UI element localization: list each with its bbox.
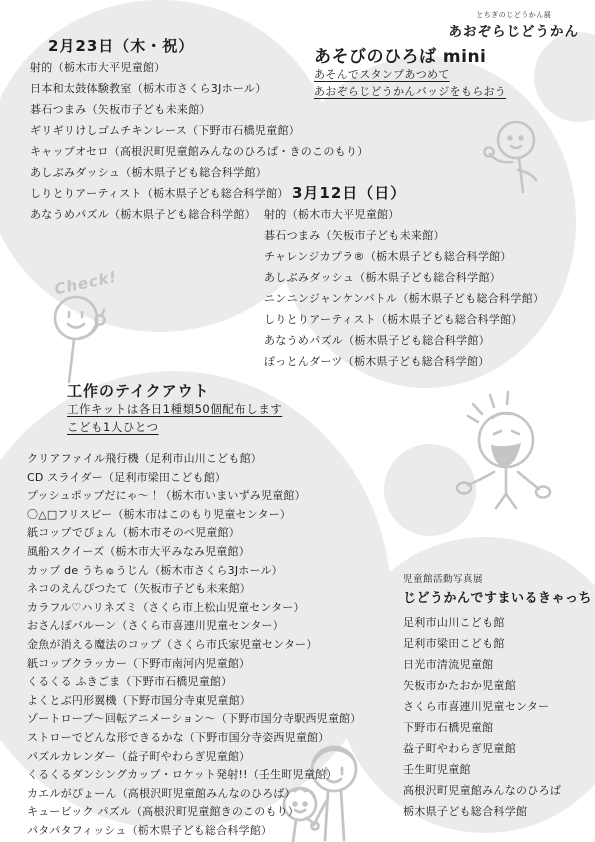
flyer-page: Check! bbox=[0, 0, 595, 842]
craft-item: クリアファイル飛行機（足利市山川こども館） bbox=[27, 450, 361, 469]
asobi-title: あそびのひろば mini bbox=[314, 42, 486, 67]
craft-item: ネコのえんぴつたて（矢板市子ども未来館） bbox=[27, 580, 361, 599]
venue-item: 栃木県子ども総合科学館 bbox=[403, 801, 561, 822]
craft-item: ゾートロープ～回転アニメーション～（下野市国分寺駅西児童館） bbox=[27, 710, 361, 729]
content-layer: とちぎのじどうかん展 あおぞらじどうかん 2月23日（木・祝） 射的（栃木市大平… bbox=[0, 0, 595, 842]
craft-item: パタパタフィッシュ（栃木県子ども総合科学館） bbox=[27, 822, 361, 841]
logo-name: あおぞらじどうかん bbox=[449, 20, 580, 40]
craft-item: キュービック パズル（高根沢町児童館きのこのもり） bbox=[27, 803, 361, 822]
venue-list: 足利市山川こども館足利市梁田こども館日光市清流児童館矢板市かたおか児童館さくら市… bbox=[403, 612, 561, 822]
asobi-subtitle-line: あそんでスタンプあつめて bbox=[314, 66, 506, 83]
craft-item: くるくる ふきごま（下野市石橋児童館） bbox=[27, 673, 361, 692]
craft-item: 〇△□フリスビー（栃木市はこのもり児童センター） bbox=[27, 506, 361, 525]
event-item: あしぶみダッシュ（栃木県子ども総合科学館） bbox=[30, 162, 369, 183]
craft-item: ストローでどんな形できるかな（下野市国分寺姿西児童館） bbox=[27, 729, 361, 748]
craft-item: 金魚が消える魔法のコップ（さくら市氏家児童センター） bbox=[27, 636, 361, 655]
event-item: ギリギリけしゴムチキンレース（下野市石橋児童館） bbox=[30, 120, 369, 141]
craft-item: カエルがぴょーん（高根沢町児童館みんなのひろば） bbox=[27, 785, 361, 804]
kousaku-note: 工作キットは各日1種類50個配布しますこども1人ひとつ bbox=[67, 401, 282, 436]
event-item: 射的（栃木市大平児童館） bbox=[264, 204, 544, 225]
craft-item: 紙コップでぴょん（栃木市そのべ児童館） bbox=[27, 524, 361, 543]
kousaku-note-line: こども1人ひとつ bbox=[67, 419, 282, 437]
day2-date-title: 3月12日（日） bbox=[292, 182, 406, 203]
photo-exhibit-title: じどうかんですまいるきゃっち bbox=[403, 587, 592, 606]
craft-item: おさんぽバルーン（さくら市喜連川児童センター） bbox=[27, 617, 361, 636]
craft-list: クリアファイル飛行機（足利市山川こども館）CD スライダー（足利市梁田こども館）… bbox=[27, 450, 361, 840]
venue-item: 日光市清流児童館 bbox=[403, 654, 561, 675]
event-item: あなうめパズル（栃木県子ども総合科学館） bbox=[264, 330, 544, 351]
craft-item: パズルカレンダー（益子町やわらぎ児童館） bbox=[27, 748, 361, 767]
venue-item: 益子町やわらぎ児童館 bbox=[403, 738, 561, 759]
venue-item: さくら市喜連川児童センター bbox=[403, 696, 561, 717]
venue-item: 下野市石橋児童館 bbox=[403, 717, 561, 738]
day2-event-list: 射的（栃木市大平児童館）碁石つまみ（矢板市子ども未来館）チャレンジカプラ®（栃木… bbox=[264, 204, 544, 372]
craft-item: カラフル♡ハリネズミ（さくら市上松山児童センター） bbox=[27, 599, 361, 618]
venue-item: 矢板市かたおか児童館 bbox=[403, 675, 561, 696]
event-item: ニンニンジャンケンバトル（栃木県子ども総合科学館） bbox=[264, 288, 544, 309]
craft-item: プッシュポップだにゃ～！（栃木市いまいずみ児童館） bbox=[27, 487, 361, 506]
event-item: ぽっとんダーツ（栃木県子ども総合科学館） bbox=[264, 351, 544, 372]
logo-block: とちぎのじどうかん展 あおぞらじどうかん bbox=[449, 10, 580, 40]
craft-item: カップ de うちゅうじん（栃木市さくら3Jホール） bbox=[27, 562, 361, 581]
craft-item: 紙コップクラッカー（下野市南河内児童館） bbox=[27, 655, 361, 674]
asobi-subtitle-line: あおぞらじどうかんバッジをもらおう bbox=[314, 83, 506, 100]
craft-item: 風船スクイーズ（栃木市大平みなみ児童館） bbox=[27, 543, 361, 562]
event-item: チャレンジカプラ®（栃木県子ども総合科学館） bbox=[264, 246, 544, 267]
event-item: あしぶみダッシュ（栃木県子ども総合科学館） bbox=[264, 267, 544, 288]
photo-exhibit-header: 児童館活動写真展 bbox=[403, 571, 483, 585]
asobi-subtitle: あそんでスタンプあつめてあおぞらじどうかんバッジをもらおう bbox=[314, 66, 506, 100]
event-item: 碁石つまみ（矢板市子ども未来館） bbox=[264, 225, 544, 246]
day1-date-title: 2月23日（木・祝） bbox=[48, 35, 194, 56]
kousaku-title: 工作のテイクアウト bbox=[67, 380, 210, 401]
venue-item: 足利市山川こども館 bbox=[403, 612, 561, 633]
venue-item: 足利市梁田こども館 bbox=[403, 633, 561, 654]
event-item: しりとりアーティスト（栃木県子ども総合科学館） bbox=[264, 309, 544, 330]
craft-item: よくとぶ円形翼機（下野市国分寺東児童館） bbox=[27, 692, 361, 711]
craft-item: CD スライダー（足利市梁田こども館） bbox=[27, 469, 361, 488]
craft-item: くるくるダンシングカップ・ロケット発射!!（壬生町児童館） bbox=[27, 766, 361, 785]
kousaku-note-line: 工作キットは各日1種類50個配布します bbox=[67, 401, 282, 419]
event-item: 碁石つまみ（矢板市子ども未来館） bbox=[30, 99, 369, 120]
logo-tagline: とちぎのじどうかん展 bbox=[449, 10, 580, 20]
venue-item: 高根沢町児童館みんなのひろば bbox=[403, 780, 561, 801]
venue-item: 壬生町児童館 bbox=[403, 759, 561, 780]
event-item: キャップオセロ（高根沢町児童館みんなのひろば・きのこのもり） bbox=[30, 141, 369, 162]
